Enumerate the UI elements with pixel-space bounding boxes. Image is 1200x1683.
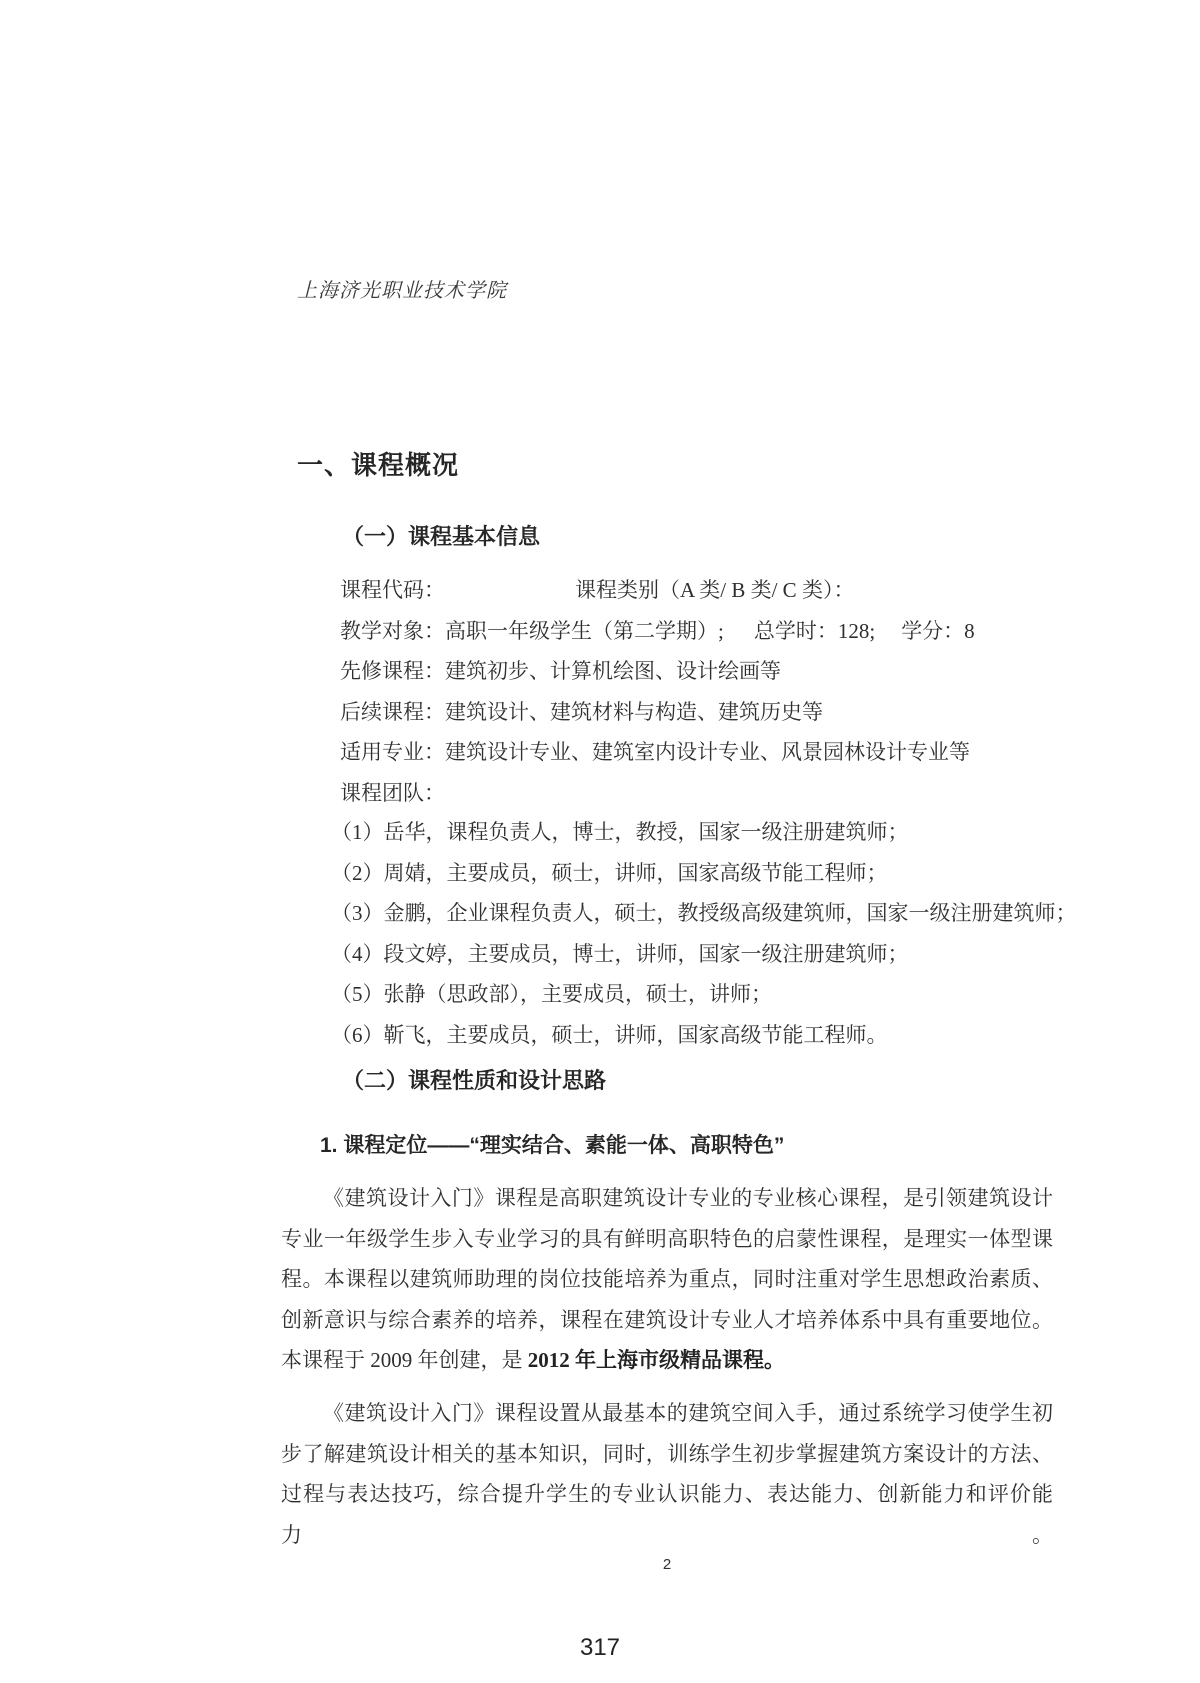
document-page: 上海济光职业技术学院 一、课程概况 （一）课程基本信息 课程代码：课程类别（A … [0, 0, 1200, 1683]
global-page-number: 317 [0, 1634, 1200, 1662]
subsequent-courses-line: 后续课程：建筑设计、建筑材料与构造、建筑历史等 [340, 692, 1080, 733]
course-category-label: 课程类别（A 类/ B 类/ C 类）： [575, 578, 854, 602]
paragraph-lines: 《建筑设计入门》课程是高职建筑设计专业的专业核心课程，是引领建筑设计 专业一年级… [281, 1178, 1053, 1340]
team-member-line: （5）张静（思政部），主要成员，硕士，讲师； [331, 974, 1091, 1015]
team-member-line: （2）周婧，主要成员，硕士，讲师，国家高级节能工程师； [331, 853, 1091, 894]
team-member-line: （4）段文婷，主要成员，博士，讲师，国家一级注册建筑师； [331, 934, 1091, 975]
page-number: 2 [281, 1556, 1053, 1573]
course-code-category-line: 课程代码：课程类别（A 类/ B 类/ C 类）： [340, 570, 1080, 611]
applicable-majors-line: 适用专业：建筑设计专业、建筑室内设计专业、风景园林设计专业等 [340, 732, 1080, 773]
course-code-label: 课程代码： [340, 578, 445, 602]
paragraph-line: 创新意识与综合素养的培养，课程在建筑设计专业人才培养体系中具有重要地位。 [281, 1300, 1053, 1341]
team-member-line: （3）金鹏，企业课程负责人，硕士，教授级高级建筑师，国家一级注册建筑师； [331, 893, 1091, 934]
main-heading: 一、课程概况 [297, 452, 459, 478]
paragraph-line: 步了解建筑设计相关的基本知识，同时，训练学生初步掌握建筑方案设计的方法、 [281, 1434, 1053, 1475]
paragraph-text-bold: 2012 年上海市级精品课程。 [528, 1348, 785, 1372]
course-team-label: 课程团队： [340, 773, 1080, 814]
paragraph-line: 程。本课程以建筑师助理的岗位技能培养为重点，同时注重对学生思想政治素质、 [281, 1259, 1053, 1300]
paragraph-line-emphasis: 本课程于 2009 年创建，是 2012 年上海市级精品课程。 [281, 1340, 1053, 1381]
credits-text: 学分：8 [901, 619, 975, 643]
document-header-institution: 上海济光职业技术学院 [297, 274, 507, 303]
section-design-heading: （二）课程性质和设计思路 [342, 1070, 606, 1092]
paragraph-course-positioning: 《建筑设计入门》课程是高职建筑设计专业的专业核心课程，是引领建筑设计 专业一年级… [281, 1178, 1053, 1381]
paragraph-line: 《建筑设计入门》课程是高职建筑设计专业的专业核心课程，是引领建筑设计 [281, 1178, 1053, 1219]
basic-info-block: 课程代码：课程类别（A 类/ B 类/ C 类）： 教学对象：高职一年级学生（第… [340, 570, 1080, 813]
paragraph-line: 专业一年级学生步入专业学习的具有鲜明高职特色的启蒙性课程，是理实一体型课 [281, 1219, 1053, 1260]
prerequisite-courses-line: 先修课程：建筑初步、计算机绘图、设计绘画等 [340, 651, 1080, 692]
team-member-line: （1）岳华，课程负责人，博士，教授，国家一级注册建筑师； [331, 812, 1091, 853]
total-hours-text: 总学时：128; [754, 619, 875, 643]
section-basic-info-heading: （一）课程基本信息 [342, 526, 540, 548]
paragraph-line: 过程与表达技巧，综合提升学生的专业认识能力、表达能力、创新能力和评价能力。 [281, 1474, 1053, 1515]
paragraph-line: 《建筑设计入门》课程设置从最基本的建筑空间入手，通过系统学习使学生初 [281, 1393, 1053, 1434]
teaching-audience-text: 教学对象：高职一年级学生（第二学期）; [340, 619, 724, 643]
course-positioning-subheading: 1. 课程定位——“理实结合、素能一体、高职特色” [320, 1133, 784, 1158]
paragraph-course-setup: 《建筑设计入门》课程设置从最基本的建筑空间入手，通过系统学习使学生初 步了解建筑… [281, 1393, 1053, 1515]
paragraph-text-normal: 本课程于 2009 年创建，是 [281, 1348, 528, 1372]
team-member-line: （6）靳飞，主要成员，硕士，讲师，国家高级节能工程师。 [331, 1015, 1091, 1056]
course-team-list: （1）岳华，课程负责人，博士，教授，国家一级注册建筑师； （2）周婧，主要成员，… [331, 812, 1091, 1055]
audience-hours-credits-line: 教学对象：高职一年级学生（第二学期）;总学时：128;学分：8 [340, 611, 1080, 652]
